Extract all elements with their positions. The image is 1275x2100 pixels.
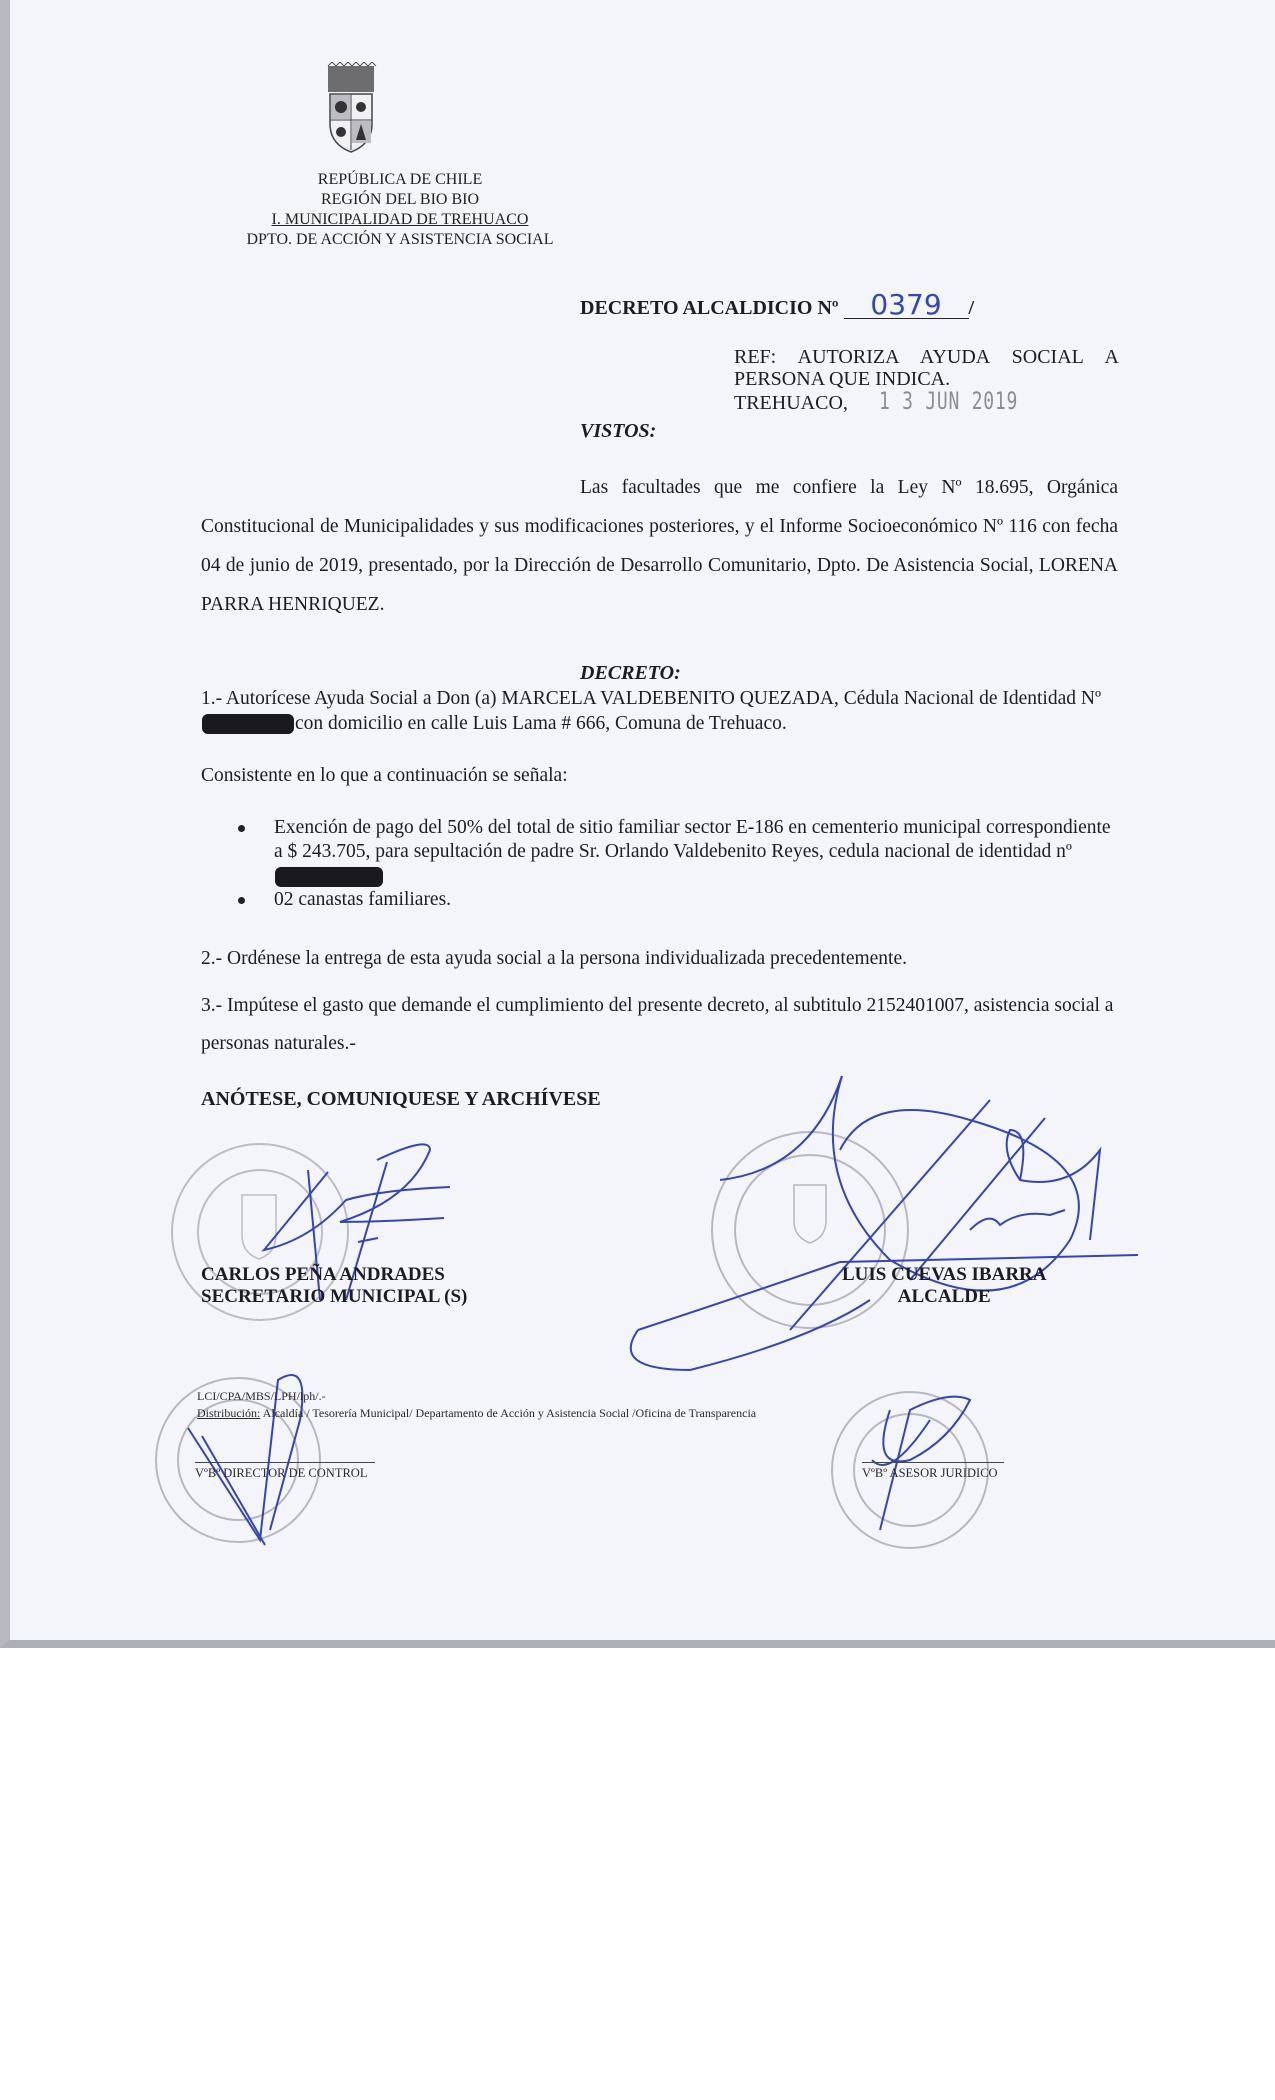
place: TREHUACO,: [734, 392, 848, 414]
mayor-signature: [631, 1076, 1138, 1370]
scanned-page: REPÚBLICA DE CHILE REGIÓN DEL BIO BIO I.…: [0, 0, 1275, 1648]
vistos-text: Las facultades que me confiere la Ley Nº…: [201, 477, 1118, 615]
mayor-name: LUIS CUEVAS IBARRA: [842, 1264, 1046, 1286]
reference-text: REF: AUTORIZA AYUDA SOCIAL A PERSONA QUE…: [734, 346, 1119, 390]
distribution-list: Alcaldía / Tesorería Municipal/ Departam…: [260, 1406, 756, 1420]
letterhead-region: REGIÓN DEL BIO BIO: [200, 190, 600, 210]
consistente-text: Consistente en lo que a continuación se …: [201, 765, 568, 787]
decree-number-suffix: /: [969, 297, 975, 319]
benefit-text: Exención de pago del 50% del total de si…: [274, 817, 1111, 862]
secretary-signature-block: CARLOS PEÑA ANDRADES SECRETARIO MUNICIPA…: [201, 1264, 467, 1308]
secretary-name: CARLOS PEÑA ANDRADES: [201, 1264, 467, 1286]
benefit-item: Exención de pago del 50% del total de si…: [238, 816, 1118, 888]
letterhead: REPÚBLICA DE CHILE REGIÓN DEL BIO BIO I.…: [200, 170, 600, 250]
mayor-role: ALCALDE: [842, 1286, 1046, 1308]
vb-juridico: VºBº ASESOR JURIDICO: [862, 1462, 1004, 1481]
decree-title: DECRETO ALCALDICIO Nº 0379/: [580, 292, 974, 320]
benefits-list: Exención de pago del 50% del total de si…: [238, 816, 1118, 912]
letterhead-municipality: I. MUNICIPALIDAD DE TREHUACO: [200, 210, 600, 230]
letterhead-country: REPÚBLICA DE CHILE: [200, 170, 600, 190]
decree-item-1-address: con domicilio en calle Luis Lama # 666, …: [295, 713, 787, 734]
reference-block: REF: AUTORIZA AYUDA SOCIAL A PERSONA QUE…: [734, 346, 1119, 414]
redacted-id: [redacted]: [202, 714, 294, 734]
distribution-label: Distribución:: [197, 1406, 260, 1420]
secretary-role: SECRETARIO MUNICIPAL (S): [201, 1286, 467, 1308]
letterhead-department: DPTO. DE ACCIÓN Y ASISTENCIA SOCIAL: [200, 230, 600, 250]
benefit-text: 02 canastas familiares.: [274, 889, 451, 910]
coat-of-arms-icon: [322, 62, 380, 154]
footer-initials: LCI/CPA/MBS/LPH/lph/.-: [197, 1388, 756, 1405]
decree-title-label: DECRETO ALCALDICIO Nº: [580, 297, 839, 319]
mayor-signature-block: LUIS CUEVAS IBARRA ALCALDE: [842, 1264, 1046, 1308]
decreto-heading: DECRETO:: [580, 662, 681, 685]
vb-control: VºBº DIRECTOR DE CONTROL: [195, 1462, 375, 1481]
vistos-paragraph: Las facultades que me confiere la Ley Nº…: [201, 468, 1118, 624]
footer-reference: LCI/CPA/MBS/LPH/lph/.- Distribución: Alc…: [197, 1388, 756, 1422]
benefit-item: 02 canastas familiares.: [238, 888, 1118, 912]
decree-number: 0379: [844, 292, 969, 319]
decree-item-1-text: 1.- Autorícese Ayuda Social a Don (a) MA…: [201, 688, 1101, 709]
date-stamp: 1 3 JUN 2019: [879, 390, 1018, 412]
decree-item-2: 2.- Ordénese la entrega de esta ayuda so…: [201, 948, 907, 970]
decree-item-1: 1.- Autorícese Ayuda Social a Don (a) MA…: [201, 686, 1118, 736]
decree-item-3: 3.- Impútese el gasto que demande el cum…: [201, 987, 1118, 1063]
redacted-id: [redacted]: [275, 867, 383, 887]
closing-formula: ANÓTESE, COMUNIQUESE Y ARCHÍVESE: [201, 1088, 601, 1111]
vistos-heading: VISTOS:: [580, 420, 656, 443]
